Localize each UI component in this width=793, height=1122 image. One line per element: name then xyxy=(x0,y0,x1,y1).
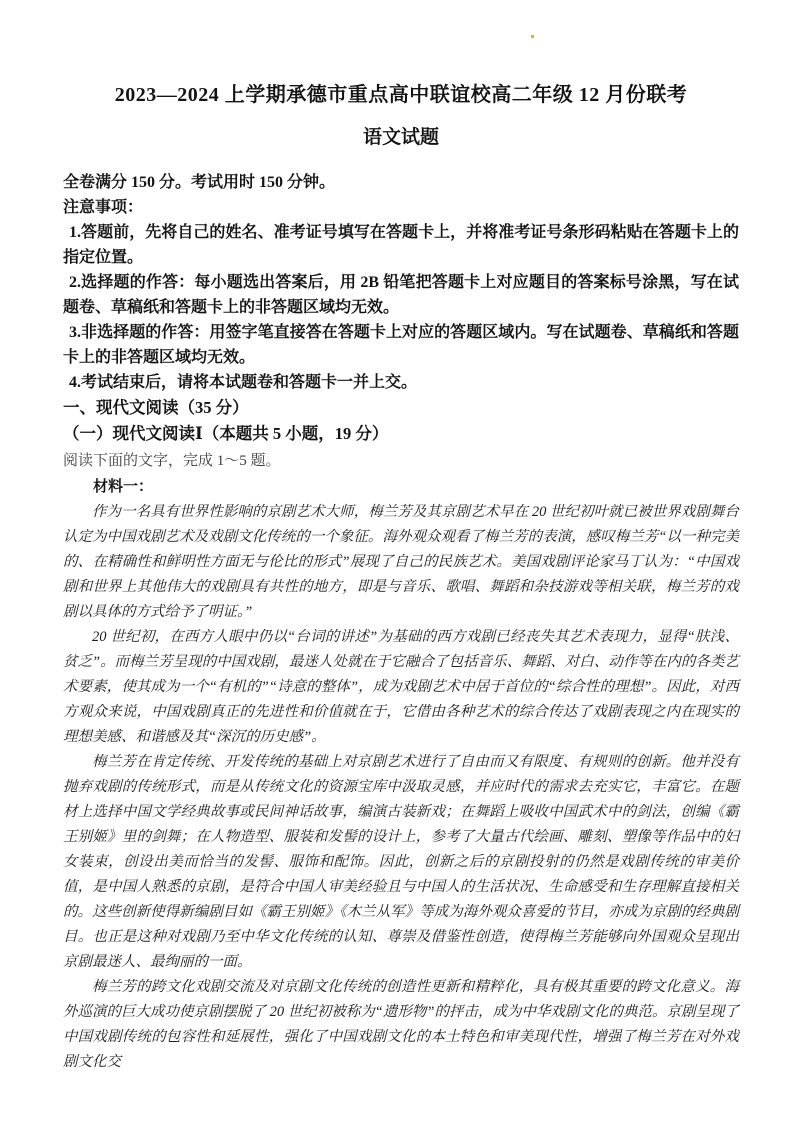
section-heading-modern-reading: 一、现代文阅读（35 分） xyxy=(63,395,739,421)
material-paragraph-2: 20 世纪初，在西方人眼中仍以“台词的讲述”为基础的西方戏剧已经丧失其艺术表现力… xyxy=(63,625,739,750)
note-item-3: 3.非选择题的作答：用签字笔直接答在答题卡上对应的答题区域内。写在试题卷、草稿纸… xyxy=(63,320,739,370)
material-one-label: 材料一： xyxy=(63,475,739,500)
note-item-1: 1.答题前，先将自己的姓名、准考证号填写在答题卡上，并将准考证号条形码粘贴在答题… xyxy=(63,220,739,270)
notes-heading: 注意事项： xyxy=(63,195,739,220)
material-paragraph-3: 梅兰芳在肯定传统、开发传统的基础上对京剧艺术进行了自由而又有限度、有规则的创新。… xyxy=(63,750,739,975)
note-item-4: 4.考试结束后，请将本试题卷和答题卡一并上交。 xyxy=(63,370,739,395)
material-paragraph-4: 梅兰芳的跨文化戏剧交流及对京剧文化传统的创造性更新和精粹化，具有极其重要的跨文化… xyxy=(63,975,739,1075)
exam-title: 2023—2024 上学期承德市重点高中联谊校高二年级 12 月份联考 xyxy=(63,82,739,108)
exam-paper-page: 2023—2024 上学期承德市重点高中联谊校高二年级 12 月份联考 语文试题… xyxy=(0,0,793,1122)
subsection-heading-reading-one: （一）现代文阅读Ⅰ（本题共 5 小题，19 分） xyxy=(63,421,739,447)
scan-artifact-dot xyxy=(531,35,534,38)
material-paragraph-1: 作为一名具有世界性影响的京剧艺术大师，梅兰芳及其京剧艺术早在 20 世纪初叶就已… xyxy=(63,500,739,625)
note-item-2: 2.选择题的作答：每小题选出答案后，用 2B 铅笔把答题卡上对应题目的答案标号涂… xyxy=(63,270,739,320)
exam-subject-title: 语文试题 xyxy=(63,126,739,150)
score-duration-line: 全卷满分 150 分。考试用时 150 分钟。 xyxy=(63,170,739,195)
reading-instruction: 阅读下面的文字，完成 1～5 题。 xyxy=(63,449,739,473)
